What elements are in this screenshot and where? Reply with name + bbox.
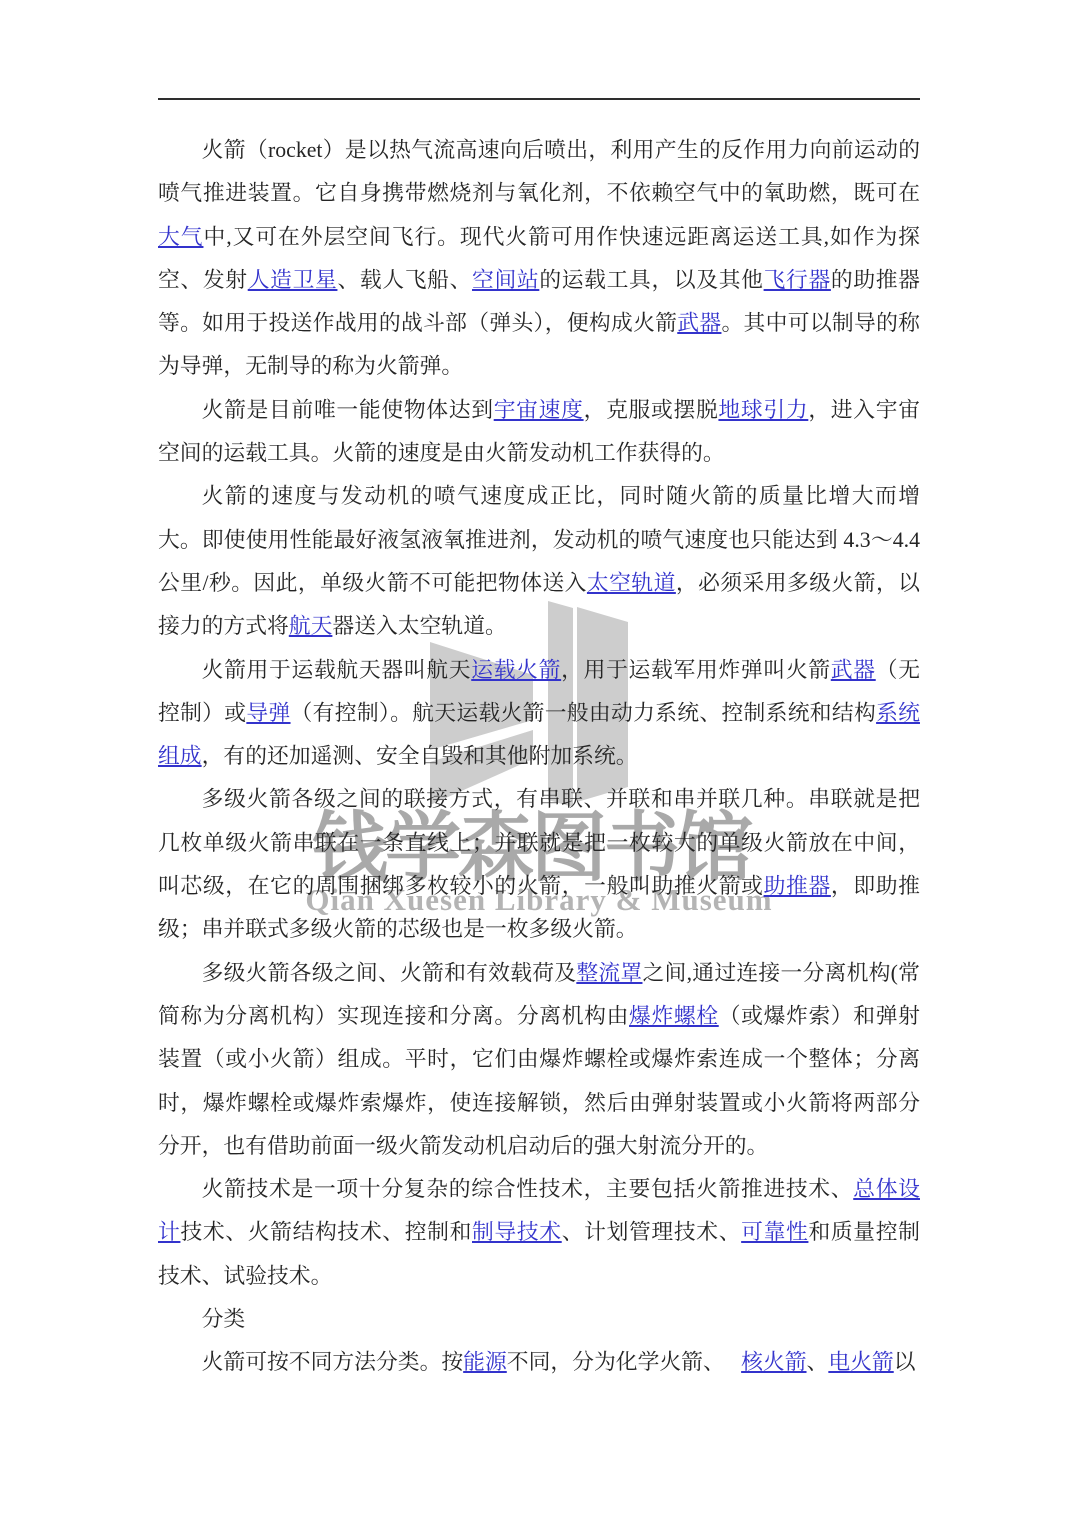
paragraph: 火箭的速度与发动机的喷气速度成正比，同时随火箭的质量比增大而增大。即使使用性能最… — [158, 475, 920, 648]
article-body: 火箭（rocket）是以热气流高速向后喷出，利用产生的反作用力向前运动的喷气推进… — [158, 129, 920, 1385]
inline-link[interactable]: 地球引力 — [718, 398, 808, 422]
inline-link[interactable]: 飞行器 — [764, 268, 831, 292]
paragraph: 火箭用于运载航天器叫航天运载火箭，用于运载军用炸弹叫火箭武器（无控制）或导弹（有… — [158, 649, 920, 779]
inline-link[interactable]: 导弹 — [246, 701, 290, 725]
inline-link[interactable]: 运载火箭 — [471, 658, 561, 682]
text-segment: 器送入太空轨道。 — [332, 614, 506, 638]
inline-link[interactable]: 大气 — [158, 225, 203, 249]
inline-link[interactable]: 武器 — [677, 311, 721, 335]
paragraph: 多级火箭各级之间的联接方式，有串联、并联和串并联几种。串联就是把几枚单级火箭串联… — [158, 778, 920, 951]
text-segment: 火箭用于运载航天器叫航天 — [202, 658, 472, 682]
text-segment: 不同，分为化学火箭、 — [507, 1350, 741, 1374]
text-segment: 技术、火箭结构技术、控制和 — [180, 1220, 472, 1244]
text-segment: ，用于运载军用炸弹叫火箭 — [561, 658, 831, 682]
inline-link[interactable]: 爆炸螺栓 — [629, 1004, 719, 1028]
text-segment: 、载人飞船、 — [337, 268, 472, 292]
inline-link[interactable]: 助推器 — [764, 874, 831, 898]
inline-link[interactable]: 武器 — [831, 658, 876, 682]
paragraph: 分类 — [158, 1298, 920, 1341]
text-segment: 、 — [807, 1350, 829, 1374]
inline-link[interactable]: 电火箭 — [828, 1350, 893, 1374]
paragraph: 火箭是目前唯一能使物体达到宇宙速度，克服或摆脱地球引力，进入宇宙空间的运载工具。… — [158, 389, 920, 476]
paragraph: 火箭技术是一项十分复杂的综合性技术，主要包括火箭推进技术、总体设计技术、火箭结构… — [158, 1168, 920, 1298]
top-rule — [158, 98, 920, 100]
inline-link[interactable]: 空间站 — [472, 268, 539, 292]
text-segment: ，克服或摆脱 — [584, 398, 719, 422]
text-segment: 的运载工具，以及其他 — [539, 268, 763, 292]
inline-link[interactable]: 整流罩 — [576, 961, 642, 985]
inline-link[interactable]: 人造卫星 — [248, 268, 338, 292]
text-segment: 火箭技术是一项十分复杂的综合性技术，主要包括火箭推进技术、 — [202, 1177, 854, 1201]
inline-link[interactable]: 太空轨道 — [587, 571, 676, 595]
paragraph: 多级火箭各级之间、火箭和有效载荷及整流罩之间,通过连接一分离机构(常简称为分离机… — [158, 952, 920, 1168]
text-segment: 、计划管理技术、 — [562, 1220, 741, 1244]
text-segment: （有控制）。航天运载火箭一般由动力系统、控制系统和结构 — [291, 701, 877, 725]
inline-link[interactable]: 核火箭 — [741, 1350, 806, 1374]
inline-link[interactable]: 能源 — [463, 1350, 507, 1374]
text-segment: ，有的还加遥测、安全自毁和其他附加系统。 — [202, 744, 638, 768]
inline-link[interactable]: 航天 — [289, 614, 333, 638]
paragraph: 火箭可按不同方法分类。按能源不同，分为化学火箭、 核火箭、电火箭以 — [158, 1341, 920, 1384]
text-segment: 以 — [894, 1350, 916, 1374]
text-segment: 分类 — [202, 1307, 246, 1331]
paragraph: 火箭（rocket）是以热气流高速向后喷出，利用产生的反作用力向前运动的喷气推进… — [158, 129, 920, 389]
text-segment: 火箭是目前唯一能使物体达到 — [202, 398, 494, 422]
inline-link[interactable]: 宇宙速度 — [494, 398, 584, 422]
inline-link[interactable]: 可靠性 — [741, 1220, 808, 1244]
inline-link[interactable]: 制导技术 — [472, 1220, 562, 1244]
text-segment: 火箭可按不同方法分类。按 — [202, 1350, 464, 1374]
text-segment: 火箭（rocket）是以热气流高速向后喷出，利用产生的反作用力向前运动的喷气推进… — [158, 138, 920, 205]
text-segment: 多级火箭各级之间、火箭和有效载荷及 — [202, 961, 577, 985]
document-page: { "colors": { "background": "#ffffff", "… — [0, 0, 1074, 1520]
